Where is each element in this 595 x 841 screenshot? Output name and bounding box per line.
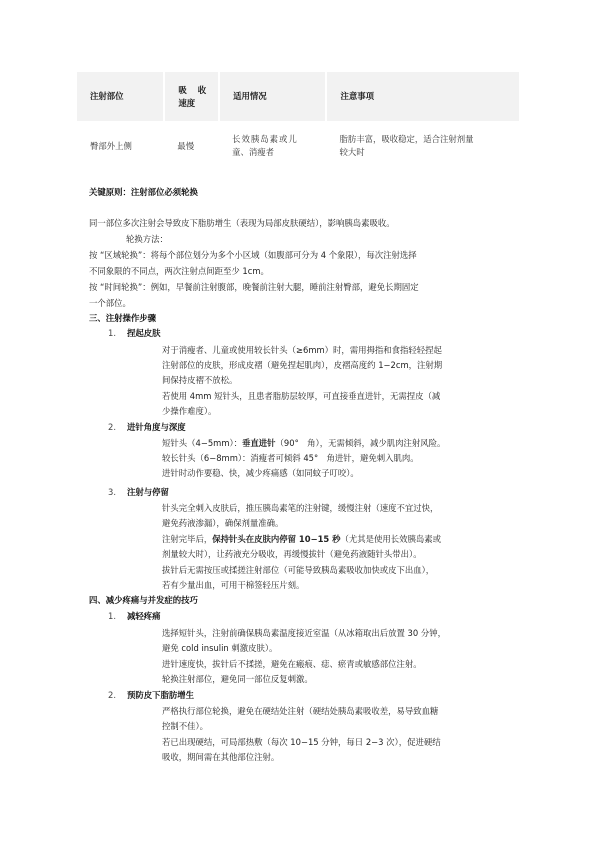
tip1-line: 轮换注射部位，避免同一部位反复刺激。: [162, 673, 313, 685]
step2-line1-pre: 短针头（4−5mm）：: [162, 438, 242, 448]
header-speed-line1: 吸 收: [178, 84, 218, 97]
step3-line: 若有少量出血，可用干棉签轻压片刻。: [162, 579, 304, 591]
step3-line-bold: 保持针头在皮肤内停留 10−15 秒: [212, 534, 340, 544]
step1-line: 间保持皮褶不放松。: [162, 374, 237, 386]
step3-line: 针头完全刺入皮肤后，推压胰岛素笔的注射键，缓慢注射（速度不宜过快，: [162, 502, 438, 514]
cell-notes-line1: 脂肪丰富，吸收稳定，适合注射剂量: [339, 133, 519, 146]
step1-number: 1.: [108, 327, 116, 339]
tip1-number: 1.: [108, 610, 116, 622]
section4-heading: 四、减少疼痛与并发症的技巧: [89, 594, 198, 606]
step3-highlight-line: 注射完毕后，保持针头在皮肤内停留 10−15 秒（尤其是使用长效胰岛素或: [162, 533, 441, 545]
step2-line1-post: （90° 角），无需倾斜，减少肌肉注射风险。: [276, 438, 446, 448]
tip1-line: 进针速度快，拔针后不揉搓，避免在瘢痕、痣、瘀青或敏感部位注射。: [162, 658, 422, 670]
step2-title: 进针角度与深度: [127, 421, 186, 433]
step3-line: 拔针后无需按压或揉搓注射部位（可能导致胰岛素吸收加快或皮下出血），: [162, 564, 434, 576]
document-page: 注射部位 吸 收 速度 适用情况 注意事项 臀部外上侧 最慢 长效胰岛素或儿 童…: [0, 0, 595, 841]
step2-line: 较长针头（6−8mm）：消瘦者可倾斜 45° 角进针，避免刺入肌肉。: [162, 452, 419, 464]
rotation-method-label: 轮换方法：: [126, 233, 168, 245]
step1-title: 捏起皮肤: [127, 327, 161, 339]
cell-usage-line2: 童、消瘦者: [232, 146, 326, 159]
key-principle-intro: 同一部位多次注射会导致皮下脂肪增生（表现为局部皮肤硬结），影响胰岛素吸收。: [89, 217, 395, 229]
table-header-row: 注射部位 吸 收 速度 适用情况 注意事项: [77, 72, 519, 121]
header-speed-line2: 速度: [178, 97, 218, 110]
section3-heading: 三、注射操作步骤: [89, 312, 156, 324]
cell-usage: 长效胰岛素或儿 童、消瘦者: [219, 121, 326, 171]
tip2-title: 预防皮下脂肪增生: [127, 689, 194, 701]
step3-line: 剂量较大时），让药液充分吸收，再缓慢拔针（避免药液随针头带出）。: [162, 548, 422, 560]
step2-line1-bold: 垂直进针: [242, 438, 276, 448]
tip1-line: 避免 cold insulin 刺激皮肤）。: [162, 642, 277, 654]
step3-line-pre: 注射完毕后，: [162, 534, 212, 544]
header-notes: 注意事项: [326, 72, 519, 121]
tip2-line: 严格执行部位轮换，避免在硬结处注射（硬结处胰岛素吸收差，易导致血糖: [162, 705, 438, 717]
cell-speed: 最慢: [164, 121, 219, 171]
key-principle-heading: 关键原则：注射部位必须轮换: [89, 186, 198, 198]
step1-line: 注射部位的皮肤，形成皮褶（避免捏起肌肉），皮褶高度约 1−2cm，注射期: [162, 359, 442, 371]
zone-rotation-line1: 按 “区域轮换”：将每个部位划分为多个小区域（如腹部可分为 4 个象限），每次注…: [89, 249, 417, 261]
step2-number: 2.: [108, 421, 116, 433]
tip2-line: 控制不佳）。: [162, 720, 208, 732]
tip2-line: 吸收，期间需在其他部位注射。: [162, 751, 279, 763]
tip2-line: 若已出现硬结，可局部热敷（每次 10−15 分钟，每日 2−3 次），促进硬结: [162, 736, 441, 748]
step1-line: 若使用 4mm 短针头，且患者脂肪层较厚，可直接垂直进针，无需捏皮（减: [162, 390, 440, 402]
tip1-line: 选择短针头，注射前确保胰岛素温度接近室温（从冰箱取出后放置 30 分钟，: [162, 627, 446, 639]
step2-line1: 短针头（4−5mm）：垂直进针（90° 角），无需倾斜，减少肌肉注射风险。: [162, 437, 445, 449]
cell-notes: 脂肪丰富，吸收稳定，适合注射剂量 较大时: [326, 121, 519, 171]
header-usage: 适用情况: [219, 72, 326, 121]
step2-line: 进针时动作要稳、快，减少疼痛感（如同蚊子叮咬）。: [162, 467, 359, 479]
step3-number: 3.: [108, 486, 116, 498]
tip1-title: 减轻疼痛: [127, 610, 161, 622]
step3-line: 避免药液渗漏），确保剂量准确。: [162, 517, 283, 529]
cell-notes-line2: 较大时: [339, 146, 519, 159]
header-site: 注射部位: [77, 72, 164, 121]
step1-line: 对于消瘦者、儿童或使用较长针头（≥6mm）时，需用拇指和食指轻轻捏起: [162, 344, 442, 356]
zone-rotation-line2: 不同象限的不同点，两次注射点间距至少 1cm。: [89, 265, 269, 277]
cell-usage-line1: 长效胰岛素或儿: [232, 133, 326, 146]
cell-site: 臀部外上侧: [77, 121, 164, 171]
step3-line-post: （尤其是使用长效胰岛素或: [341, 534, 442, 544]
tip2-number: 2.: [108, 689, 116, 701]
step3-title: 注射与停留: [127, 486, 169, 498]
step1-line: 少操作难度）。: [162, 405, 216, 417]
injection-site-table: 注射部位 吸 收 速度 适用情况 注意事项 臀部外上侧 最慢 长效胰岛素或儿 童…: [77, 72, 519, 171]
table-row: 臀部外上侧 最慢 长效胰岛素或儿 童、消瘦者 脂肪丰富，吸收稳定，适合注射剂量 …: [77, 121, 519, 171]
time-rotation-line1: 按 “时间轮换”：例如，早餐前注射腹部，晚餐前注射大腿，睡前注射臀部，避免长期固…: [89, 281, 419, 293]
header-absorption-speed: 吸 收 速度: [164, 72, 219, 121]
time-rotation-line2: 一个部位。: [89, 297, 131, 309]
